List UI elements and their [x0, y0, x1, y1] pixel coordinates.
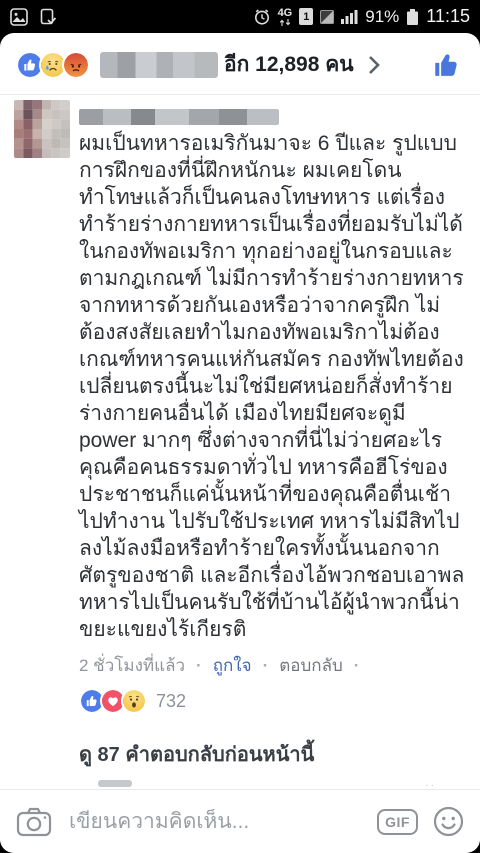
angry-reaction-icon: [62, 51, 90, 79]
comment-composer: GIF: [0, 790, 480, 853]
phone-screen: 4G 1 91% 11:15: [0, 0, 480, 853]
view-previous-replies-link[interactable]: ดู 87 คำตอบกลับก่อนหน้านี้: [79, 738, 466, 770]
data-arrows-icon: [279, 19, 291, 26]
sim1-icon: 1: [299, 8, 313, 25]
commenter-avatar[interactable]: [14, 100, 70, 158]
dot-separator: ·: [354, 656, 360, 676]
blurred-reactor-names: [100, 52, 218, 78]
comment-timestamp: 2 ชั่วโมงที่แล้ว: [79, 652, 185, 679]
clock-time: 11:15: [426, 6, 470, 27]
gif-button[interactable]: GIF: [377, 809, 418, 835]
reaction-count: 732: [156, 691, 186, 712]
status-right-icons: 4G 1 91% 11:15: [253, 6, 470, 27]
status-left-icons: [10, 8, 57, 26]
comment-body: ผมเป็นทหารอเมริกันมาจะ 6 ปีและ รูปแบบการ…: [79, 100, 466, 780]
camera-icon[interactable]: [16, 806, 52, 837]
composer-separator: ··: [0, 780, 480, 790]
comment-meta-row: 2 ชั่วโมงที่แล้ว · ถูกใจ · ตอบกลับ ·: [79, 652, 466, 679]
wow-reaction-icon: [121, 688, 147, 714]
sim2-nosignal-icon: [320, 10, 334, 24]
comment-like-link[interactable]: ถูกใจ: [213, 652, 252, 679]
comment-reply-link[interactable]: ตอบกลับ: [279, 652, 343, 679]
pixelated-avatar-image: [14, 100, 70, 158]
like-button-icon[interactable]: [430, 49, 464, 81]
reaction-icon-stack: [16, 51, 90, 79]
reactions-summary-row[interactable]: อีก 12,898 คน: [0, 33, 480, 94]
battery-percent: 91%: [365, 7, 399, 27]
emoji-smiley-icon[interactable]: [433, 806, 464, 837]
dot-separator: ·: [196, 656, 202, 676]
blurred-commenter-name: [79, 109, 279, 125]
chevron-right-icon: [366, 54, 382, 76]
comment-reactions-count[interactable]: 732: [79, 688, 466, 714]
reactions-more-label: อีก 12,898 คน: [224, 48, 354, 81]
comment-item: ผมเป็นทหารอเมริกันมาจะ 6 ปีและ รูปแบบการ…: [0, 95, 480, 780]
network-type-label: 4G: [278, 8, 293, 19]
signal-bars-icon: [341, 9, 358, 24]
comment-input[interactable]: [67, 809, 362, 835]
comment-text: ผมเป็นทหารอเมริกันมาจะ 6 ปีและ รูปแบบการ…: [79, 130, 466, 643]
download-check-icon: [40, 8, 57, 26]
battery-icon: [406, 8, 419, 26]
network-type-icon: 4G: [278, 8, 293, 26]
facebook-comments-sheet: อีก 12,898 คน: [0, 33, 480, 853]
gallery-icon: [10, 8, 28, 26]
blurred-fragment: [98, 780, 132, 787]
dot-separator: ·: [263, 656, 269, 676]
status-bar: 4G 1 91% 11:15: [0, 0, 480, 33]
alarm-icon: [253, 8, 271, 26]
